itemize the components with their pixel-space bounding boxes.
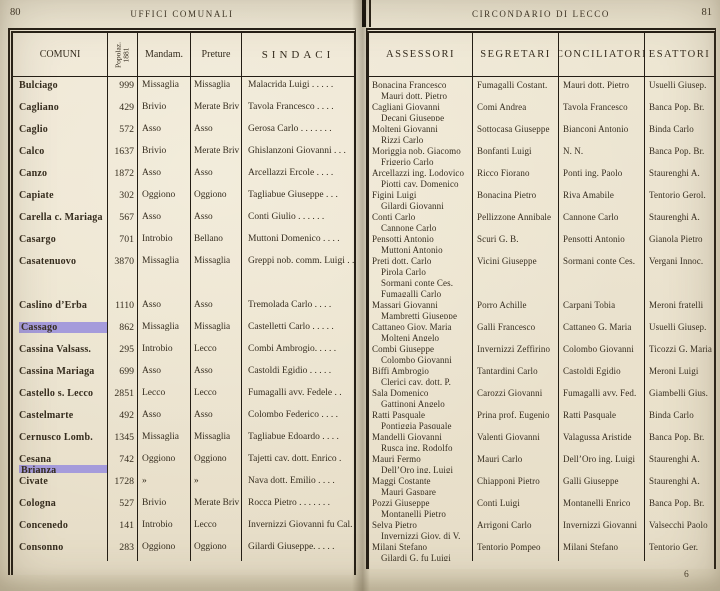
mandamento-cell: Asso xyxy=(138,209,191,231)
pretura-cell: Asso xyxy=(191,121,242,143)
commune-row: Cassina Mariaga699AssoAssoCastoldi Egidi… xyxy=(13,363,354,385)
commune-row: Capiate302OggionoOggionoTagliabue Giusep… xyxy=(13,187,354,209)
sindaco-cell: Fumagalli avv. Fedele . . xyxy=(242,385,354,407)
assessori-cell: Maggi CostanteMauri Gaspare xyxy=(369,473,473,495)
offices-row: Arcellazzi ing. LodovicoPiotti cav. Dome… xyxy=(369,165,714,187)
commune-name: Caslino d’Erba xyxy=(13,297,108,319)
population-cell: 492 xyxy=(108,407,138,429)
assessori-cell: Pensotti AntonioMuttoni Antonio xyxy=(369,231,473,253)
commune-row: Casatenuovo3870MissagliaMissagliaGreppi … xyxy=(13,253,354,297)
assessore-name: Pontiggia Pasquale xyxy=(372,421,472,429)
running-title-left: UFFICI COMUNALI xyxy=(8,7,356,19)
conciliatore-cell: Bianconi Antonio xyxy=(559,121,645,143)
population-cell: 429 xyxy=(108,99,138,121)
sindaco-cell: Tajetti cav. dott. Enrico . xyxy=(242,451,354,473)
assessori-cell: Ratti PasqualePontiggia Pasquale xyxy=(369,407,473,429)
right-table-body: Bonacina FrancescoMauri dott. PietroFuma… xyxy=(369,77,714,561)
sindaco-cell: Arcellazzi Ercole . . . . xyxy=(242,165,354,187)
esattore-cell: Staurenghi A. xyxy=(645,451,714,473)
conciliatore-cell: N. N. xyxy=(559,143,645,165)
population-cell: 862 xyxy=(108,319,138,341)
assessore-name: Mauri dott. Pietro xyxy=(372,91,472,99)
sindaco-cell: Greppi nob. comm. Luigi . . xyxy=(242,253,354,297)
pretura-cell: Missaglia xyxy=(191,319,242,341)
conciliatore-cell: Dell’Oro ing. Luigi xyxy=(559,451,645,473)
segretario-cell: Tantardini Carlo xyxy=(473,363,559,385)
assessore-name: Frigerio Carlo xyxy=(372,157,472,165)
commune-row: Bulciago999MissagliaMissagliaMalacrida L… xyxy=(13,77,354,99)
assessore-name: Gilardi G. fu Luigi xyxy=(372,553,472,561)
esattore-cell: Gianola Pietro xyxy=(645,231,714,253)
binding-mark xyxy=(362,0,366,27)
assessori-cell: Selva PietroInvernizzi Giov. di V. xyxy=(369,517,473,539)
population-cell: 1728 xyxy=(108,473,138,495)
mandamento-cell: Brivio xyxy=(138,99,191,121)
signature-mark: 6 xyxy=(684,570,689,580)
esattore-cell: Staurenghi A. xyxy=(645,165,714,187)
commune-row: Cesana Brianza742OggionoOggionoTajetti c… xyxy=(13,451,354,473)
commune-name: Cesana Brianza xyxy=(13,451,108,473)
sindaco-cell: Gilardi Giuseppe. . . . . xyxy=(242,539,354,561)
assessore-name: Sormani conte Ces. xyxy=(372,278,472,289)
mandamento-cell: Brivio xyxy=(138,495,191,517)
esattore-cell: Giambelli Gius. xyxy=(645,385,714,407)
header-segretari: SEGRETARI xyxy=(473,33,559,76)
assessore-name: Clerici cav. dott. P. xyxy=(372,377,472,385)
esattore-cell: Banca Pop. Br. xyxy=(645,143,714,165)
search-highlight: Cassago xyxy=(19,322,107,333)
segretario-cell: Pellizzone Annibale xyxy=(473,209,559,231)
esattore-cell: Usuelli Giusep. xyxy=(645,319,714,341)
pretura-cell: Bellano xyxy=(191,231,242,253)
assessore-name: Gattinoni Angelo xyxy=(372,399,472,407)
population-cell: 141 xyxy=(108,517,138,539)
mandamento-cell: Asso xyxy=(138,165,191,187)
segretario-cell: Porro Achille xyxy=(473,297,559,319)
sindaco-cell: Colombo Federico . . . . xyxy=(242,407,354,429)
offices-row: Preti dott. CarloPirola CarloSormani con… xyxy=(369,253,714,297)
segretario-cell: Carozzi Giovanni xyxy=(473,385,559,407)
offices-row: Bonacina FrancescoMauri dott. PietroFuma… xyxy=(369,77,714,99)
commune-name: Concenedo xyxy=(13,517,108,539)
mandamento-cell: Introbio xyxy=(138,231,191,253)
pretura-cell: Lecco xyxy=(191,385,242,407)
commune-row: Caglio572AssoAssoGerosa Carlo . . . . . … xyxy=(13,121,354,143)
mandamento-cell: Missaglia xyxy=(138,77,191,99)
offices-row: Selva PietroInvernizzi Giov. di V.Arrigo… xyxy=(369,517,714,539)
running-head-left: 80 UFFICI COMUNALI xyxy=(8,7,356,21)
sindaco-cell: Nava dott. Emilio . . . . xyxy=(242,473,354,495)
conciliatore-cell: Tavola Francesco xyxy=(559,99,645,121)
commune-name: Canzo xyxy=(13,165,108,187)
header-comuni: COMUNI xyxy=(13,33,108,76)
assessore-name: Mambretti Giuseppe xyxy=(372,311,472,319)
assessore-name: Pozzi Giuseppe xyxy=(372,498,472,509)
assessore-name: Invernizzi Giov. di V. xyxy=(372,531,472,539)
sindaco-cell: Tavola Francesco . . . . xyxy=(242,99,354,121)
esattore-cell: Meroni Luigi xyxy=(645,363,714,385)
conciliatore-cell: Ratti Pasquale xyxy=(559,407,645,429)
esattore-cell: Binda Carlo xyxy=(645,407,714,429)
population-cell: 1345 xyxy=(108,429,138,451)
esattore-cell: Staurenghi A. xyxy=(645,473,714,495)
offices-row: Moriggia nob. GiacomoFrigerio CarloBonfa… xyxy=(369,143,714,165)
offices-row: Combi GiuseppeColombo GiovanniInvernizzi… xyxy=(369,341,714,363)
pretura-cell: Asso xyxy=(191,407,242,429)
sindaco-cell: Muttoni Domenico . . . . xyxy=(242,231,354,253)
conciliatore-cell: Cannone Carlo xyxy=(559,209,645,231)
assessore-name: Biffi Ambrogio xyxy=(372,366,472,377)
commune-name: Cagliano xyxy=(13,99,108,121)
commune-row: Cologna527BrivioMerate BrivRocca Pietro … xyxy=(13,495,354,517)
sindaco-cell: Castoldi Egidio . . . . . xyxy=(242,363,354,385)
assessori-cell: Conti CarloCannone Carlo xyxy=(369,209,473,231)
segretario-cell: Mauri Carlo xyxy=(473,451,559,473)
running-head-right: CIRCONDARIO DI LECCO 81 xyxy=(366,7,716,21)
pretura-cell: Asso xyxy=(191,297,242,319)
binding-mark xyxy=(369,0,371,27)
header-conciliatori: CONCILIATORI xyxy=(559,33,645,76)
population-cell: 3870 xyxy=(108,253,138,297)
assessore-name: Molteni Giovanni xyxy=(372,124,472,135)
commune-name: Civate xyxy=(13,473,108,495)
segretario-cell: Chiapponi Pietro xyxy=(473,473,559,495)
assessore-name: Cagliani Giovanni xyxy=(372,102,472,113)
conciliatore-cell: Galli Giuseppe xyxy=(559,473,645,495)
offices-row: Biffi AmbrogioClerici cav. dott. P.Tanta… xyxy=(369,363,714,385)
esattore-cell: Staurenghi A. xyxy=(645,209,714,231)
population-cell: 2851 xyxy=(108,385,138,407)
assessore-name: Mauri Gaspare xyxy=(372,487,472,495)
assessore-name: Arcellazzi ing. Lodovico xyxy=(372,168,472,179)
mandamento-cell: Oggiono xyxy=(138,451,191,473)
search-highlight: Brianza xyxy=(19,465,107,473)
mandamento-cell: Introbio xyxy=(138,341,191,363)
assessore-name: Dell’Oro ing. Luigi xyxy=(372,465,472,473)
header-esattori: ESATTORI xyxy=(645,33,714,76)
assessore-name: Pirola Carlo xyxy=(372,267,472,278)
header-mandamento: Mandam. xyxy=(138,33,191,76)
assessore-name: Piotti cav. Domenico xyxy=(372,179,472,187)
left-table-header: COMUNI Popolaz. 1881 Mandam. Preture SIN… xyxy=(13,33,354,77)
assessore-name: Molteni Angelo xyxy=(372,333,472,341)
pretura-cell: Merate Briv xyxy=(191,99,242,121)
population-cell: 1637 xyxy=(108,143,138,165)
segretario-cell: Bonacina Pietro xyxy=(473,187,559,209)
pretura-cell: Lecco xyxy=(191,517,242,539)
commune-row: Casargo701IntrobioBellanoMuttoni Domenic… xyxy=(13,231,354,253)
conciliatore-cell: Castoldi Egidio xyxy=(559,363,645,385)
pretura-cell: Missaglia xyxy=(191,253,242,297)
population-cell: 699 xyxy=(108,363,138,385)
assessori-cell: Figini LuigiGilardi Giovanni xyxy=(369,187,473,209)
commune-row: Cassina Valsass.295IntrobioLeccoCombi Am… xyxy=(13,341,354,363)
scanned-book-spread: 80 UFFICI COMUNALI CIRCONDARIO DI LECCO … xyxy=(0,0,720,591)
esattore-cell: Tentorio Ger. xyxy=(645,539,714,561)
assessore-name: Montanelli Pietro xyxy=(372,509,472,517)
segretario-cell: Vicini Giuseppe xyxy=(473,253,559,297)
assessore-name: Cattaneo Giov. Maria xyxy=(372,322,472,333)
conciliatore-cell: Valagussa Aristide xyxy=(559,429,645,451)
pretura-cell: Lecco xyxy=(191,341,242,363)
commune-name: Capiate xyxy=(13,187,108,209)
esattore-cell: Valsecchi Paolo xyxy=(645,517,714,539)
assessori-cell: Preti dott. CarloPirola CarloSormani con… xyxy=(369,253,473,297)
header-popolazione: Popolaz. 1881 xyxy=(108,33,138,76)
mandamento-cell: Missaglia xyxy=(138,253,191,297)
assessore-name: Combi Giuseppe xyxy=(372,344,472,355)
population-cell: 302 xyxy=(108,187,138,209)
commune-row: Concenedo141IntrobioLeccoInvernizzi Giov… xyxy=(13,517,354,539)
commune-row: Canzo1872AssoAssoArcellazzi Ercole . . .… xyxy=(13,165,354,187)
conciliatore-cell: Fumagalli avv. Fed. xyxy=(559,385,645,407)
commune-row: Cagliano429BrivioMerate BrivTavola Franc… xyxy=(13,99,354,121)
conciliatore-cell: Cattaneo G. Maria xyxy=(559,319,645,341)
left-table: COMUNI Popolaz. 1881 Mandam. Preture SIN… xyxy=(8,28,356,575)
population-cell: 1872 xyxy=(108,165,138,187)
population-cell: 527 xyxy=(108,495,138,517)
pretura-cell: Merate Briv xyxy=(191,495,242,517)
left-table-body: Bulciago999MissagliaMissagliaMalacrida L… xyxy=(13,77,354,561)
sindaco-cell: Ghislanzoni Giovanni . . . xyxy=(242,143,354,165)
assessore-name: Conti Carlo xyxy=(372,212,472,223)
segretario-cell: Valenti Giovanni xyxy=(473,429,559,451)
assessore-name: Massari Giovanni xyxy=(372,300,472,311)
assessore-name: Sala Domenico xyxy=(372,388,472,399)
offices-row: Mauri FermoDell’Oro ing. LuigiMauri Carl… xyxy=(369,451,714,473)
segretario-cell: Galli Francesco xyxy=(473,319,559,341)
mandamento-cell: Asso xyxy=(138,407,191,429)
header-sindaci: SINDACI xyxy=(242,33,354,76)
population-cell: 1110 xyxy=(108,297,138,319)
offices-row: Cattaneo Giov. MariaMolteni AngeloGalli … xyxy=(369,319,714,341)
assessori-cell: Moriggia nob. GiacomoFrigerio Carlo xyxy=(369,143,473,165)
assessore-name: Fumagalli Carlo xyxy=(372,289,472,297)
conciliatore-cell: Riva Amabile xyxy=(559,187,645,209)
assessore-name: Mandelli Giovanni xyxy=(372,432,472,443)
assessori-cell: Pozzi GiuseppeMontanelli Pietro xyxy=(369,495,473,517)
right-table-header: ASSESSORI SEGRETARI CONCILIATORI ESATTOR… xyxy=(369,33,714,77)
conciliatore-cell: Colombo Giovanni xyxy=(559,341,645,363)
esattore-cell: Banca Pop. Br. xyxy=(645,495,714,517)
assessore-name: Gilardi Giovanni xyxy=(372,201,472,209)
mandamento-cell: Asso xyxy=(138,121,191,143)
mandamento-cell: Brivio xyxy=(138,143,191,165)
pretura-cell: Asso xyxy=(191,363,242,385)
commune-name: Casargo xyxy=(13,231,108,253)
conciliatore-cell: Sormani conte Ces. xyxy=(559,253,645,297)
assessore-name: Colombo Giovanni xyxy=(372,355,472,363)
commune-row: Cernusco Lomb.1345MissagliaMissagliaTagl… xyxy=(13,429,354,451)
conciliatore-cell: Carpani Tobia xyxy=(559,297,645,319)
offices-row: Figini LuigiGilardi GiovanniBonacina Pie… xyxy=(369,187,714,209)
commune-row: Castelmarte492AssoAssoColombo Federico .… xyxy=(13,407,354,429)
mandamento-cell: Missaglia xyxy=(138,429,191,451)
commune-row: Caslino d’Erba1110AssoAssoTremolada Carl… xyxy=(13,297,354,319)
assessore-name: Moriggia nob. Giacomo xyxy=(372,146,472,157)
commune-row: Carella c. Mariaga567AssoAssoConti Giuli… xyxy=(13,209,354,231)
population-cell: 567 xyxy=(108,209,138,231)
commune-name: Cassina Valsass. xyxy=(13,341,108,363)
commune-row: Civate1728»»Nava dott. Emilio . . . . xyxy=(13,473,354,495)
sindaco-cell: Tremolada Carlo . . . . xyxy=(242,297,354,319)
assessore-name: Milani Stefano xyxy=(372,542,472,553)
population-cell: 742 xyxy=(108,451,138,473)
esattore-cell: Banca Pop. Br. xyxy=(645,99,714,121)
population-cell: 295 xyxy=(108,341,138,363)
assessore-name: Cannone Carlo xyxy=(372,223,472,231)
assessore-name: Rusca ing. Rodolfo xyxy=(372,443,472,451)
pretura-cell: Oggiono xyxy=(191,187,242,209)
commune-row: Cassago862MissagliaMissagliaCastelletti … xyxy=(13,319,354,341)
mandamento-cell: » xyxy=(138,473,191,495)
assessori-cell: Mandelli GiovanniRusca ing. Rodolfo xyxy=(369,429,473,451)
offices-row: Molteni GiovanniRizzi CarloSottocasa Giu… xyxy=(369,121,714,143)
esattore-cell: Meroni fratelli xyxy=(645,297,714,319)
assessore-name: Maggi Costante xyxy=(372,476,472,487)
mandamento-cell: Asso xyxy=(138,297,191,319)
commune-name: Caglio xyxy=(13,121,108,143)
mandamento-cell: Lecco xyxy=(138,385,191,407)
sindaco-cell: Gerosa Carlo . . . . . . . xyxy=(242,121,354,143)
esattore-cell: Banca Pop. Br. xyxy=(645,429,714,451)
page-number-left: 80 xyxy=(10,7,21,18)
pretura-cell: Missaglia xyxy=(191,429,242,451)
assessore-name: Decani Giuseppe xyxy=(372,113,472,121)
assessore-name: Ratti Pasquale xyxy=(372,410,472,421)
population-cell: 283 xyxy=(108,539,138,561)
running-title-right: CIRCONDARIO DI LECCO xyxy=(366,7,716,19)
pretura-cell: Merate Briv xyxy=(191,143,242,165)
assessori-cell: Cattaneo Giov. MariaMolteni Angelo xyxy=(369,319,473,341)
segretario-cell: Sottocasa Giuseppe xyxy=(473,121,559,143)
header-preture: Preture xyxy=(191,33,242,76)
conciliatore-cell: Mauri dott. Pietro xyxy=(559,77,645,99)
mandamento-cell: Oggiono xyxy=(138,187,191,209)
sindaco-cell: Castelletti Carlo . . . . . xyxy=(242,319,354,341)
commune-name: Castelmarte xyxy=(13,407,108,429)
segretario-cell: Scuri G. B. xyxy=(473,231,559,253)
offices-row: Pozzi GiuseppeMontanelli PietroConti Lui… xyxy=(369,495,714,517)
assessori-cell: Biffi AmbrogioClerici cav. dott. P. xyxy=(369,363,473,385)
commune-name: Carella c. Mariaga xyxy=(13,209,108,231)
assessore-name: Preti dott. Carlo xyxy=(372,256,472,267)
segretario-cell: Invernizzi Zeffirino xyxy=(473,341,559,363)
commune-row: Consonno283OggionoOggionoGilardi Giusepp… xyxy=(13,539,354,561)
commune-row: Calco1637BrivioMerate BrivGhislanzoni Gi… xyxy=(13,143,354,165)
segretario-cell: Fumagalli Costant. xyxy=(473,77,559,99)
assessore-name: Bonacina Francesco xyxy=(372,80,472,91)
conciliatore-cell: Ponti ing. Paolo xyxy=(559,165,645,187)
offices-row: Sala DomenicoGattinoni AngeloCarozzi Gio… xyxy=(369,385,714,407)
segretario-cell: Bonfanti Luigi xyxy=(473,143,559,165)
segretario-cell: Arrigoni Carlo xyxy=(473,517,559,539)
conciliatore-cell: Pensotti Antonio xyxy=(559,231,645,253)
right-table: ASSESSORI SEGRETARI CONCILIATORI ESATTOR… xyxy=(366,28,716,569)
mandamento-cell: Asso xyxy=(138,363,191,385)
assessori-cell: Massari GiovanniMambretti Giuseppe xyxy=(369,297,473,319)
mandamento-cell: Introbio xyxy=(138,517,191,539)
conciliatore-cell: Montanelli Enrico xyxy=(559,495,645,517)
segretario-cell: Prina prof. Eugenio xyxy=(473,407,559,429)
assessori-cell: Sala DomenicoGattinoni Angelo xyxy=(369,385,473,407)
sindaco-cell: Combi Ambrogio. . . . . xyxy=(242,341,354,363)
conciliatore-cell: Invernizzi Giovanni xyxy=(559,517,645,539)
segretario-cell: Conti Luigi xyxy=(473,495,559,517)
population-cell: 701 xyxy=(108,231,138,253)
assessori-cell: Bonacina FrancescoMauri dott. Pietro xyxy=(369,77,473,99)
offices-row: Massari GiovanniMambretti GiuseppePorro … xyxy=(369,297,714,319)
assessori-cell: Milani StefanoGilardi G. fu Luigi xyxy=(369,539,473,561)
segretario-cell: Tentorio Pompeo xyxy=(473,539,559,561)
sindaco-cell: Conti Giulio . . . . . . xyxy=(242,209,354,231)
assessori-cell: Molteni GiovanniRizzi Carlo xyxy=(369,121,473,143)
commune-name: Cernusco Lomb. xyxy=(13,429,108,451)
commune-name: Cassina Mariaga xyxy=(13,363,108,385)
population-cell: 572 xyxy=(108,121,138,143)
sindaco-cell: Tagliabue Edoardo . . . . xyxy=(242,429,354,451)
header-assessori: ASSESSORI xyxy=(369,33,473,76)
commune-row: Castello s. Lecco2851LeccoLeccoFumagalli… xyxy=(13,385,354,407)
mandamento-cell: Missaglia xyxy=(138,319,191,341)
esattore-cell: Tentorio Gerol. xyxy=(645,187,714,209)
offices-row: Pensotti AntonioMuttoni AntonioScuri G. … xyxy=(369,231,714,253)
esattore-cell: Ticozzi G. Maria xyxy=(645,341,714,363)
offices-row: Conti CarloCannone CarloPellizzone Annib… xyxy=(369,209,714,231)
commune-name: Cologna xyxy=(13,495,108,517)
assessore-name: Mauri Fermo xyxy=(372,454,472,465)
assessore-name: Selva Pietro xyxy=(372,520,472,531)
assessori-cell: Combi GiuseppeColombo Giovanni xyxy=(369,341,473,363)
pretura-cell: » xyxy=(191,473,242,495)
assessore-name: Rizzi Carlo xyxy=(372,135,472,143)
segretario-cell: Comi Andrea xyxy=(473,99,559,121)
assessori-cell: Cagliani GiovanniDecani Giuseppe xyxy=(369,99,473,121)
sindaco-cell: Invernizzi Giovanni fu Cal. xyxy=(242,517,354,539)
mandamento-cell: Oggiono xyxy=(138,539,191,561)
offices-row: Maggi CostanteMauri GaspareChiapponi Pie… xyxy=(369,473,714,495)
offices-row: Cagliani GiovanniDecani GiuseppeComi And… xyxy=(369,99,714,121)
esattore-cell: Usuelli Giusep. xyxy=(645,77,714,99)
assessore-name: Figini Luigi xyxy=(372,190,472,201)
esattore-cell: Binda Carlo xyxy=(645,121,714,143)
pretura-cell: Missaglia xyxy=(191,77,242,99)
commune-name: Castello s. Lecco xyxy=(13,385,108,407)
population-cell: 999 xyxy=(108,77,138,99)
commune-name: Cassago xyxy=(13,319,108,341)
commune-name: Consonno xyxy=(13,539,108,561)
conciliatore-cell: Milani Stefano xyxy=(559,539,645,561)
pretura-cell: Oggiono xyxy=(191,451,242,473)
esattore-cell: Vergani Innoc. xyxy=(645,253,714,297)
commune-name: Calco xyxy=(13,143,108,165)
commune-name: Casatenuovo xyxy=(13,253,108,297)
assessore-name: Pensotti Antonio xyxy=(372,234,472,245)
pretura-cell: Asso xyxy=(191,209,242,231)
assessore-name: Muttoni Antonio xyxy=(372,245,472,253)
segretario-cell: Ricco Fiorano xyxy=(473,165,559,187)
pretura-cell: Oggiono xyxy=(191,539,242,561)
assessori-cell: Arcellazzi ing. LodovicoPiotti cav. Dome… xyxy=(369,165,473,187)
offices-row: Mandelli GiovanniRusca ing. RodolfoValen… xyxy=(369,429,714,451)
commune-name: Bulciago xyxy=(13,77,108,99)
sindaco-cell: Tagliabue Giuseppe . . . xyxy=(242,187,354,209)
page-number-right: 81 xyxy=(702,7,713,18)
pretura-cell: Asso xyxy=(191,165,242,187)
offices-row: Ratti PasqualePontiggia PasqualePrina pr… xyxy=(369,407,714,429)
sindaco-cell: Malacrida Luigi . . . . . xyxy=(242,77,354,99)
assessori-cell: Mauri FermoDell’Oro ing. Luigi xyxy=(369,451,473,473)
